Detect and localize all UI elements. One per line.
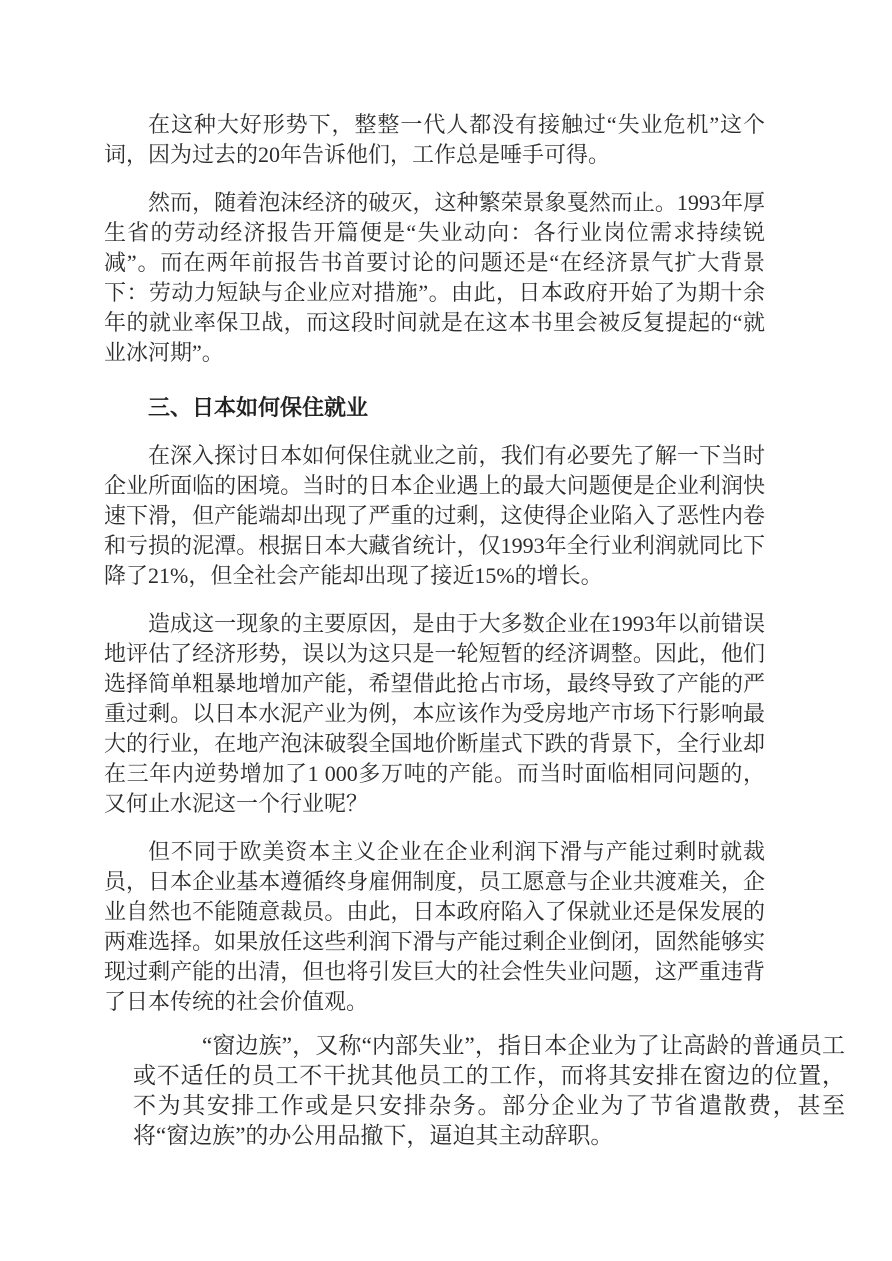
paragraph-overcapacity-cause: 造成这一现象的主要原因，是由于大多数企业在1993年以前错误地评估了经济形势，误… bbox=[104, 609, 765, 819]
paragraph-corporate-plight: 在深入探讨日本如何保住就业之前，我们有必要先了解一下当时企业所面临的困境。当时的… bbox=[104, 441, 765, 591]
quote-window-tribe: “窗边族”，又称“内部失业”，指日本企业为了让高龄的普通员工或不适任的员工不干扰… bbox=[133, 1031, 845, 1151]
document-page: 在这种大好形势下，整整一代人都没有接触过“失业危机”这个词，因为过去的20年告诉… bbox=[0, 0, 892, 1261]
section-heading: 三、日本如何保住就业 bbox=[104, 393, 765, 423]
paragraph-bubble-burst: 然而，随着泡沫经济的破灭，这种繁荣景象戛然而止。1993年厚生省的劳动经济报告开… bbox=[104, 188, 765, 368]
paragraph-lifetime-employment: 但不同于欧美资本主义企业在企业利润下滑与产能过剩时就裁员，日本企业基本遵循终身雇… bbox=[104, 837, 765, 1017]
paragraph-unemployment-crisis: 在这种大好形势下，整整一代人都没有接触过“失业危机”这个词，因为过去的20年告诉… bbox=[104, 110, 765, 170]
